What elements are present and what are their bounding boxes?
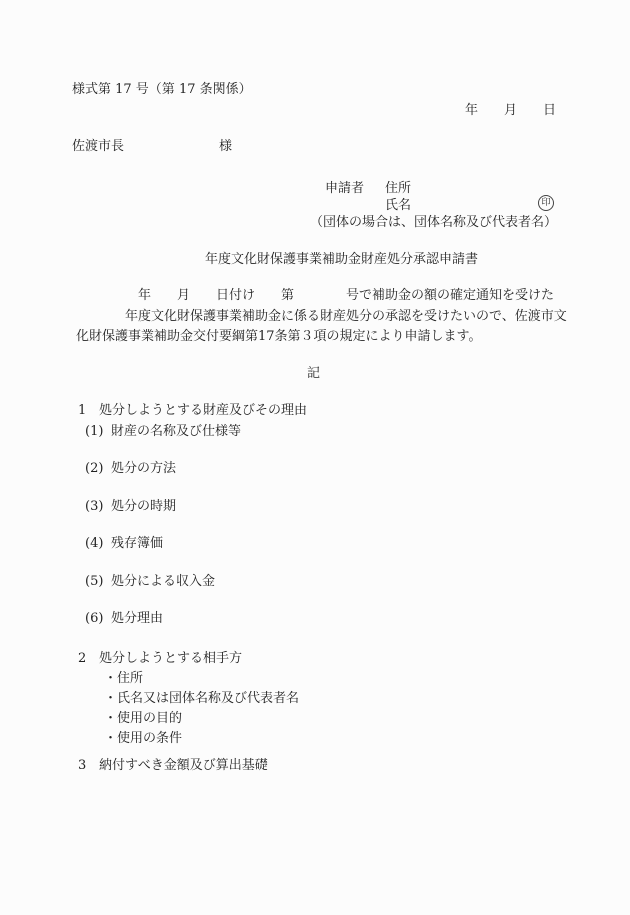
form-number: 様式第 17 号（第 17 条関係） — [72, 82, 252, 98]
section-2-bullet-1: ・住所 — [104, 671, 143, 687]
body-line-2: 年度文化財保護事業補助金に係る財産処分の承認を受けたいので、佐渡市文 — [125, 309, 567, 325]
document-page: 様式第 17 号（第 17 条関係） 年 月 日 佐渡市長 様 申請者 住所 氏… — [0, 0, 630, 915]
section-2-heading: 処分しようとする相手方 — [99, 651, 242, 667]
section-2-bullet-4: ・使用の条件 — [104, 731, 182, 747]
section-1-item-6-number: (6) — [85, 611, 103, 627]
section-1-item-5-number: (5) — [85, 574, 103, 590]
section-1-item-4-label: 残存簿価 — [111, 536, 163, 552]
section-1-heading: 処分しようとする財産及びその理由 — [99, 403, 307, 419]
section-1-item-5-label: 処分による収入金 — [111, 574, 215, 590]
section-1-item-1-label: 財産の名称及び仕様等 — [111, 424, 241, 440]
section-1-item-2-label: 処分の方法 — [111, 461, 176, 477]
date-line: 年 月 日 — [465, 103, 556, 119]
section-1-item-2-number: (2) — [85, 461, 103, 477]
section-1-number: 1 — [78, 403, 86, 419]
section-2-bullet-2: ・氏名又は団体名称及び代表者名 — [104, 691, 299, 707]
section-2-number: 2 — [78, 651, 86, 667]
section-1-item-3-label: 処分の時期 — [111, 499, 176, 515]
applicant-name-label: 氏名 — [385, 198, 411, 214]
record-marker: 記 — [307, 366, 320, 382]
section-2-bullet-3: ・使用の目的 — [104, 711, 182, 727]
body-line-3: 化財保護事業補助金交付要綱第17条第３項の規定により申請します。 — [76, 329, 482, 345]
section-3-heading: 納付すべき金額及び算出基礎 — [99, 758, 268, 774]
applicant-address-label: 住所 — [385, 181, 411, 197]
applicant-group-note: （団体の場合は、団体名称及び代表者名） — [310, 215, 557, 231]
section-1-item-4-number: (4) — [85, 536, 103, 552]
body-line-1: 年 月 日付け 第 号で補助金の額の確定通知を受けた — [138, 288, 554, 304]
section-3-number: 3 — [78, 758, 86, 774]
addressee-honorific: 様 — [219, 139, 232, 155]
addressee-name: 佐渡市長 — [72, 139, 124, 155]
section-1-item-1-number: (1) — [85, 424, 103, 440]
document-title: 年度文化財保護事業補助金財産処分承認申請書 — [205, 252, 478, 268]
seal-mark-icon: 印 — [538, 195, 554, 211]
applicant-label: 申請者 — [325, 181, 364, 197]
section-1-item-3-number: (3) — [85, 499, 103, 515]
section-1-item-6-label: 処分理由 — [111, 611, 163, 627]
